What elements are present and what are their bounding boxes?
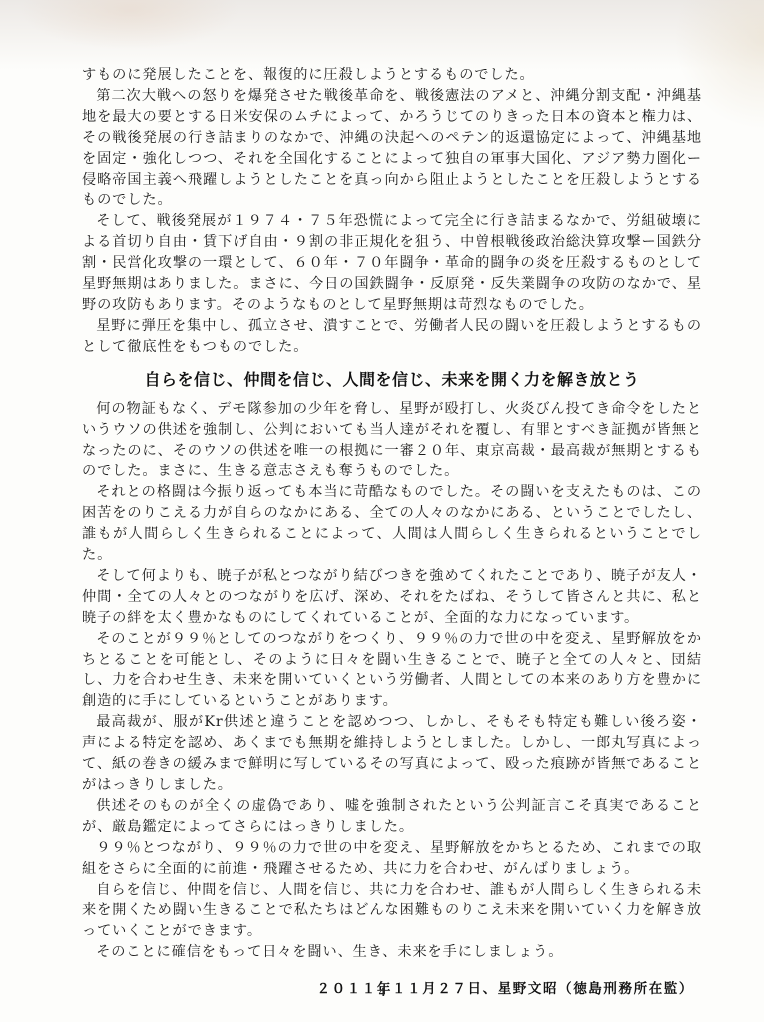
- paragraph: それとの格闘は今振り返っても本当に苛酷なものでした。その闘いを支えたものは、この…: [82, 482, 702, 566]
- paragraph: 第二次大戦への怒りを爆発させた戦後革命を、戦後憲法のアメと、沖縄分割支配・沖縄基…: [82, 86, 702, 211]
- paragraph: すものに発展したことを、報復的に圧殺しようとするものでした。: [82, 65, 702, 86]
- paragraph: そして何よりも、暁子が私とつながり結びつきを強めてくれたことであり、暁子が友人・…: [82, 566, 702, 629]
- paragraph: そして、戦後発展が１９７４・７５年恐慌によって完全に行き詰まるなかで、労組破壊に…: [82, 211, 702, 316]
- scan-shading-top: [0, 0, 764, 70]
- paragraph: 何の物証もなく、デモ隊参加の少年を脅し、星野が殴打し、火炎びん投てき命令をしたと…: [82, 399, 702, 483]
- paragraph: 星野に弾圧を集中し、孤立させ、潰すことで、労働者人民の闘いを圧殺しようとするもの…: [82, 316, 702, 358]
- section-heading: 自らを信じ、仲間を信じ、人間を信じ、未来を開く力を解き放とう: [82, 369, 702, 391]
- paragraph: そのことが９９％としてのつながりをつくり、９９％の力で世の中を変え、星野解放をか…: [82, 629, 702, 713]
- page-number: 4: [0, 984, 764, 1000]
- paragraph: 自らを信じ、仲間を信じ、人間を信じ、共に力を合わせ、誰もが人間らしく生きられる未…: [82, 880, 702, 943]
- paragraph: そのことに確信をもって日々を闘い、生き、未来を手にしましょう。: [82, 942, 702, 963]
- paragraph: 最高裁が、服がKr供述と違うことを認めつつ、しかし、そもそも特定も難しい後ろ姿・…: [82, 712, 702, 796]
- scan-shading-glow: [20, 0, 240, 50]
- paragraph: ９９％とつながり、９９％の力で世の中を変え、星野解放をかちとるため、これまでの取…: [82, 838, 702, 880]
- paragraph: 供述そのものが全くの虚偽であり、嘘を強制されたという公判証言こそ真実であることが…: [82, 796, 702, 838]
- document-body: すものに発展したことを、報復的に圧殺しようとするものでした。 第二次大戦への怒り…: [82, 65, 702, 997]
